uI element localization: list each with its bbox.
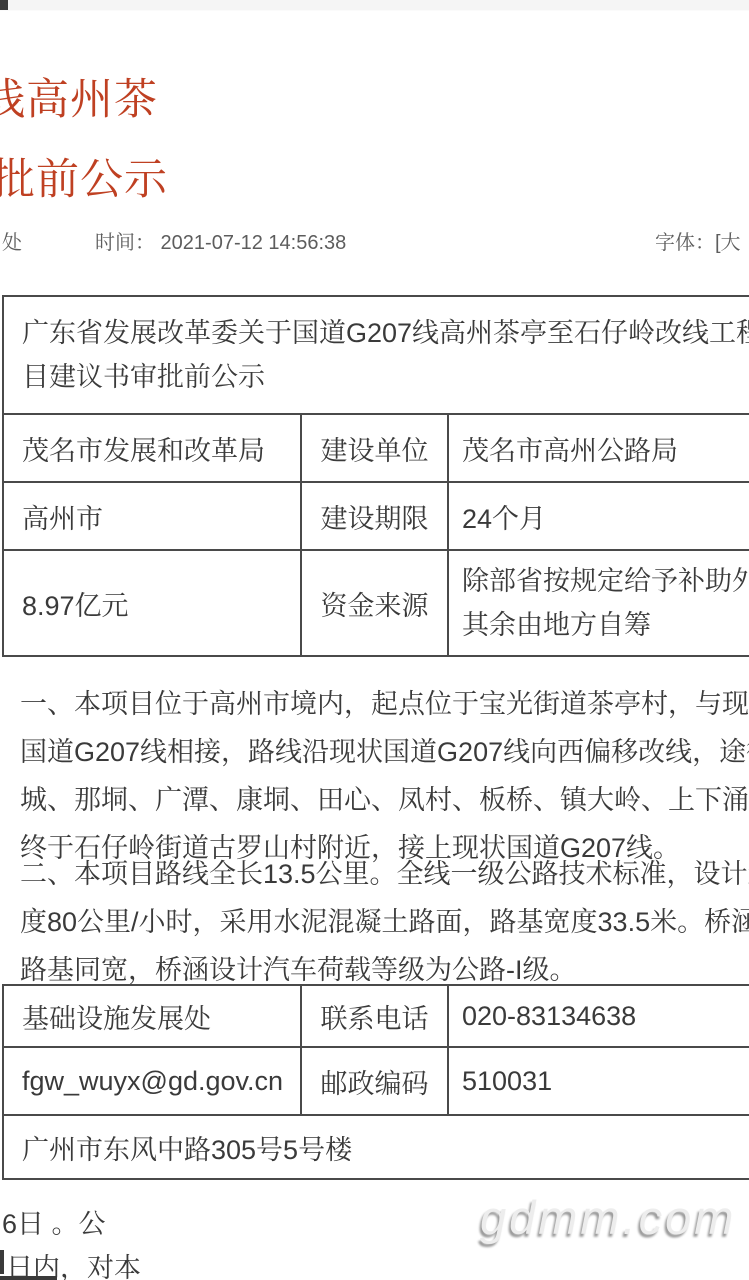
cell-email: fgw_wuyx@gd.gov.cn bbox=[3, 1047, 301, 1115]
cell-phone-number: 020-83134638 bbox=[448, 985, 749, 1047]
clipped-bottom-text-strip bbox=[0, 1276, 57, 1280]
watermark-text: gdmm.com bbox=[480, 1190, 736, 1245]
cell-postal-code: 510031 bbox=[448, 1047, 749, 1115]
paragraph-line: 度80公里/小时，采用水泥混凝土路面，路基宽度33.5米。桥涵与 bbox=[20, 898, 749, 946]
paragraph-project-route: 一、本项目位于高州市境内，起点位于宝光街道茶亭村，与现状 国道G207线相接，路… bbox=[20, 680, 749, 872]
paragraph-line: 城、那垌、广潭、康垌、田心、凤村、板桥、镇大岭、上下涌， bbox=[20, 776, 749, 824]
funding-source-line-2: 其余由地方自筹 bbox=[462, 603, 749, 647]
cell-label-phone: 联系电话 bbox=[301, 985, 448, 1047]
page-title-line-1: 线高州茶 bbox=[0, 66, 158, 127]
paragraph-technical-standard: 二、本项目路线全长13.5公里。全线一级公路技术标准，设计速 度80公里/小时，… bbox=[20, 850, 749, 994]
cell-construction-period: 24个月 bbox=[448, 482, 749, 550]
cell-label-construction-unit: 建设单位 bbox=[301, 414, 448, 482]
table-row: 茂名市发展和改革局 建设单位 茂名市高州公路局 bbox=[3, 414, 749, 482]
table-row: 广东省发展改革委关于国道G207线高州茶亭至石仔岭改线工程项 目建议书审批前公示 bbox=[3, 296, 749, 414]
font-size-control[interactable]: 字体：[大 bbox=[655, 226, 741, 255]
clipped-text-fragment-1: 6日 。公 bbox=[2, 1202, 106, 1241]
page: 线高州茶 批前公示 处 时间： 2021-07-12 14:56:38 字体：[… bbox=[0, 0, 749, 1280]
clipped-text-fragment-2: 日内，对本 bbox=[6, 1246, 141, 1280]
contact-table: 基础设施发展处 联系电话 020-83134638 fgw_wuyx@gd.go… bbox=[2, 984, 749, 1180]
cell-label-postal-code: 邮政编码 bbox=[301, 1047, 448, 1115]
table-row: 广州市东风中路305号5号楼 bbox=[3, 1115, 749, 1179]
notice-title-cell: 广东省发展改革委关于国道G207线高州茶亭至石仔岭改线工程项 目建议书审批前公示 bbox=[3, 296, 749, 414]
notice-title-line-2: 目建议书审批前公示 bbox=[22, 355, 749, 399]
meta-bar: 处 时间： 2021-07-12 14:56:38 字体：[大 bbox=[0, 226, 749, 254]
cell-location: 高州市 bbox=[3, 482, 301, 550]
cell-address: 广州市东风中路305号5号楼 bbox=[3, 1115, 749, 1179]
cell-department: 基础设施发展处 bbox=[3, 985, 301, 1047]
cell-investment-amount: 8.97亿元 bbox=[3, 550, 301, 656]
meta-source-fragment: 处 bbox=[2, 226, 22, 255]
cell-construction-unit: 茂名市高州公路局 bbox=[448, 414, 749, 482]
clipped-glyph-stroke bbox=[0, 1250, 4, 1274]
funding-source-line-1: 除部省按规定给予补助外， bbox=[462, 559, 749, 603]
paragraph-line: 一、本项目位于高州市境内，起点位于宝光街道茶亭村，与现状 bbox=[20, 680, 749, 728]
cell-label-construction-period: 建设期限 bbox=[301, 482, 448, 550]
cell-label-funding-source: 资金来源 bbox=[301, 550, 448, 656]
paragraph-line: 国道G207线相接，路线沿现状国道G207线向西偏移改线，途径双 bbox=[20, 728, 749, 776]
notice-table: 广东省发展改革委关于国道G207线高州茶亭至石仔岭改线工程项 目建议书审批前公示… bbox=[2, 295, 749, 657]
browser-top-strip bbox=[0, 0, 749, 11]
table-row: 基础设施发展处 联系电话 020-83134638 bbox=[3, 985, 749, 1047]
table-row: 高州市 建设期限 24个月 bbox=[3, 482, 749, 550]
cell-funding-source: 除部省按规定给予补助外， 其余由地方自筹 bbox=[448, 550, 749, 656]
meta-timestamp: 时间： 2021-07-12 14:56:38 bbox=[95, 226, 346, 255]
page-title-line-2: 批前公示 bbox=[0, 146, 168, 207]
table-row: 8.97亿元 资金来源 除部省按规定给予补助外， 其余由地方自筹 bbox=[3, 550, 749, 656]
table-row: fgw_wuyx@gd.gov.cn 邮政编码 510031 bbox=[3, 1047, 749, 1115]
corner-marker bbox=[0, 0, 8, 10]
paragraph-line: 二、本项目路线全长13.5公里。全线一级公路技术标准，设计速 bbox=[20, 850, 749, 898]
notice-title-line-1: 广东省发展改革委关于国道G207线高州茶亭至石仔岭改线工程项 bbox=[22, 311, 749, 355]
cell-approving-authority: 茂名市发展和改革局 bbox=[3, 414, 301, 482]
